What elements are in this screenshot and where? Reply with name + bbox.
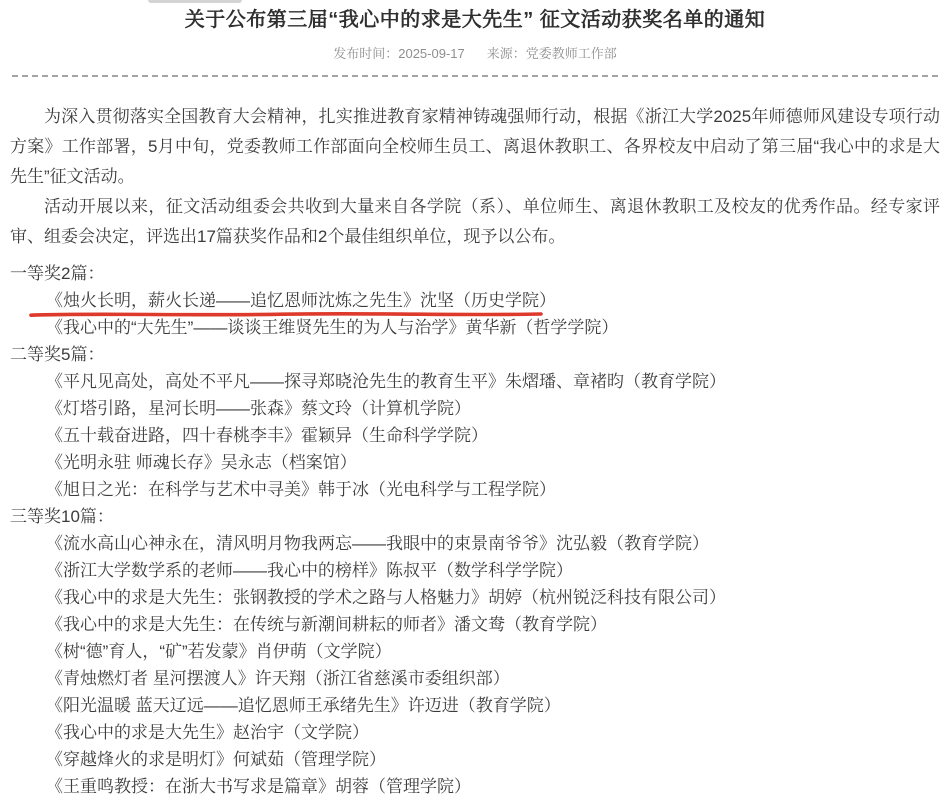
award-heading: 二等奖5篇： — [10, 341, 940, 368]
publish-time-label: 发布时间： — [333, 46, 398, 61]
award-item-text: 《浙江大学数学系的老师——我心中的榜样》陈叔平（数学科学学院） — [46, 561, 573, 580]
publish-time: 发布时间：2025-09-17 — [333, 46, 465, 62]
award-item-text: 《阳光温暖 蓝天辽远——追忆恩师王承绪先生》许迈进（教育学院） — [46, 696, 561, 715]
award-item: 《穿越烽火的求是明灯》何斌茹（管理学院） — [10, 746, 940, 773]
award-item-text: 《我心中的“大先生”——谈谈王维贤先生的为人与治学》黄华新（哲学学院） — [46, 318, 618, 337]
source-label: 来源： — [487, 46, 526, 61]
award-item-text: 《树“德”育人，“矿”若发蒙》肖伊萌（文学院） — [46, 642, 392, 661]
award-item: 《我心中的求是大先生：在传统与新潮间耕耘的师者》潘文鸯（教育学院） — [10, 611, 940, 638]
top-edge-remnant — [148, 0, 242, 3]
award-item: 《烛火长明，薪火长递——追忆恩师沈炼之先生》沈坚（历史学院） — [10, 287, 940, 314]
award-item-text: 《王重鸣教授：在浙大书写求是篇章》胡蓉（管理学院） — [46, 777, 471, 796]
award-item: 《我心中的求是大先生》赵治宇（文学院） — [10, 719, 940, 746]
award-item-text: 《光明永驻 师魂长存》吴永志（档案馆） — [46, 453, 357, 472]
article-meta: 发布时间：2025-09-17 来源：党委教师工作部 — [0, 46, 950, 62]
award-item-text: 《平凡见高处，高处不平凡——探寻郑晓沧先生的教育生平》朱熠璠、章褚昀（教育学院） — [46, 372, 726, 391]
award-item-text: 《我心中的求是大先生：张钢教授的学术之路与人格魅力》胡婷（杭州锐泛科技有限公司） — [46, 588, 726, 607]
award-item: 《我心中的“大先生”——谈谈王维贤先生的为人与治学》黄华新（哲学学院） — [10, 314, 940, 341]
award-item-text: 《灯塔引路，星河长明——张森》蔡文玲（计算机学院） — [46, 399, 471, 418]
award-item-text: 《穿越烽火的求是明灯》何斌茹（管理学院） — [46, 750, 386, 769]
source-value: 党委教师工作部 — [526, 46, 617, 61]
award-item-text: 《青烛燃灯者 星河摆渡人》许天翔（浙江省慈溪市委组织部） — [46, 669, 510, 688]
award-item: 《树“德”育人，“矿”若发蒙》肖伊萌（文学院） — [10, 638, 940, 665]
award-item: 《青烛燃灯者 星河摆渡人》许天翔（浙江省慈溪市委组织部） — [10, 665, 940, 692]
source: 来源：党委教师工作部 — [487, 46, 617, 62]
intro-paragraphs: 为深入贯彻落实全国教育大会精神，扎实推进教育家精神铸魂强师行动，根据《浙江大学2… — [10, 102, 940, 252]
award-item: 《王重鸣教授：在浙大书写求是篇章》胡蓉（管理学院） — [10, 773, 940, 799]
award-item: 《光明永驻 师魂长存》吴永志（档案馆） — [10, 449, 940, 476]
announcement-page: 关于公布第三届“我心中的求是大先生” 征文活动获奖名单的通知 发布时间：2025… — [0, 0, 950, 799]
paragraph: 为深入贯彻落实全国教育大会精神，扎实推进教育家精神铸魂强师行动，根据《浙江大学2… — [10, 102, 940, 192]
award-heading: 三等奖10篇： — [10, 503, 940, 530]
page-title: 关于公布第三届“我心中的求是大先生” 征文活动获奖名单的通知 — [0, 0, 950, 33]
award-item: 《阳光温暖 蓝天辽远——追忆恩师王承绪先生》许迈进（教育学院） — [10, 692, 940, 719]
award-item: 《灯塔引路，星河长明——张森》蔡文玲（计算机学院） — [10, 395, 940, 422]
award-section-third-prize: 三等奖10篇： 《流水高山心神永在，清风明月物我两忘——我眼中的束景南爷爷》沈弘… — [10, 503, 940, 799]
award-item: 《我心中的求是大先生：张钢教授的学术之路与人格魅力》胡婷（杭州锐泛科技有限公司） — [10, 584, 940, 611]
dashed-divider — [12, 75, 938, 77]
award-item-text: 《五十载奋进路，四十春桃李丰》霍颖异（生命科学学院） — [46, 426, 488, 445]
paragraph: 活动开展以来，征文活动组委会共收到大量来自各学院（系）、单位师生、离退休教职工及… — [10, 192, 940, 252]
award-item-text: 《我心中的求是大先生》赵治宇（文学院） — [46, 723, 369, 742]
award-section-second-prize: 二等奖5篇： 《平凡见高处，高处不平凡——探寻郑晓沧先生的教育生平》朱熠璠、章褚… — [10, 341, 940, 503]
award-item-text: 《旭日之光：在科学与艺术中寻美》韩于冰（光电科学与工程学院） — [46, 480, 556, 499]
publish-time-value: 2025-09-17 — [398, 46, 465, 61]
award-heading: 一等奖2篇： — [10, 260, 940, 287]
award-item-text: 《流水高山心神永在，清风明月物我两忘——我眼中的束景南爷爷》沈弘毅（教育学院） — [46, 534, 709, 553]
award-item: 《流水高山心神永在，清风明月物我两忘——我眼中的束景南爷爷》沈弘毅（教育学院） — [10, 530, 940, 557]
article-body: 为深入贯彻落实全国教育大会精神，扎实推进教育家精神铸魂强师行动，根据《浙江大学2… — [0, 102, 950, 799]
award-item: 《平凡见高处，高处不平凡——探寻郑晓沧先生的教育生平》朱熠璠、章褚昀（教育学院） — [10, 368, 940, 395]
award-item-text: 《烛火长明，薪火长递——追忆恩师沈炼之先生》沈坚（历史学院） — [46, 291, 556, 310]
award-item-text: 《我心中的求是大先生：在传统与新潮间耕耘的师者》潘文鸯（教育学院） — [46, 615, 607, 634]
award-item: 《五十载奋进路，四十春桃李丰》霍颖异（生命科学学院） — [10, 422, 940, 449]
award-item: 《浙江大学数学系的老师——我心中的榜样》陈叔平（数学科学学院） — [10, 557, 940, 584]
award-item: 《旭日之光：在科学与艺术中寻美》韩于冰（光电科学与工程学院） — [10, 476, 940, 503]
award-section-first-prize: 一等奖2篇： 《烛火长明，薪火长递——追忆恩师沈炼之先生》沈坚（历史学院） 《我… — [10, 260, 940, 341]
award-list: 一等奖2篇： 《烛火长明，薪火长递——追忆恩师沈炼之先生》沈坚（历史学院） 《我… — [10, 260, 940, 799]
